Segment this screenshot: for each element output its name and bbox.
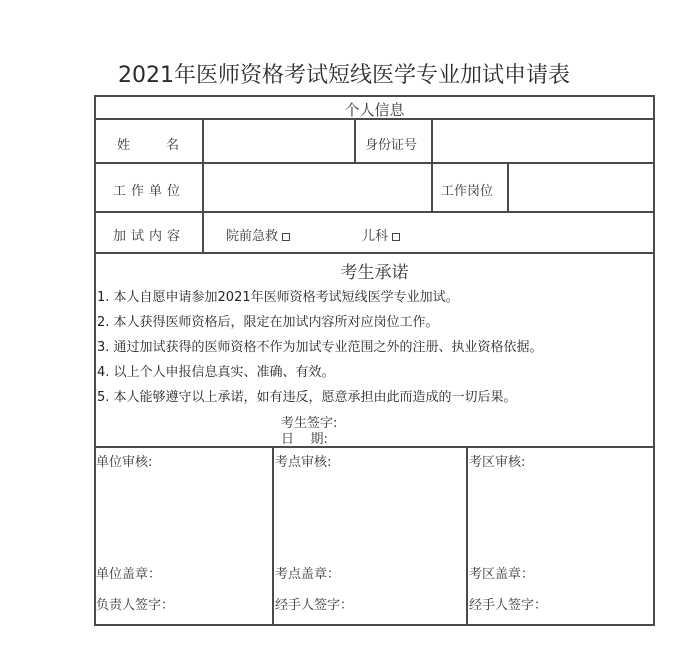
unit-review-label: 单位审核: xyxy=(96,451,152,470)
pledge-item: 3. 通过加试获得的医师资格不作为加试专业范围之外的注册、执业资格依据。 xyxy=(97,336,543,355)
exam-option-label: 儿科 xyxy=(362,229,388,244)
work-unit-label: 工作单位 xyxy=(113,180,185,199)
checkbox-icon[interactable] xyxy=(392,233,400,241)
table-border-bottom xyxy=(94,624,655,626)
exam-site-seal-label: 考点盖章： xyxy=(275,563,340,582)
pledge-item: 1. 本人自愿申请参加2021年医师资格考试短线医学专业加试。 xyxy=(97,286,459,305)
exam-district-review-label: 考区审核: xyxy=(469,451,525,470)
exam-district-handler-signature-label: 经手人签字： xyxy=(469,594,547,613)
name-field[interactable] xyxy=(204,120,354,162)
name-label-right: 名 xyxy=(166,134,179,153)
col-divider xyxy=(354,118,356,164)
table-border-right xyxy=(653,95,655,626)
col-divider xyxy=(466,446,468,626)
pledge-item: 4. 以上个人申报信息真实、准确、有效。 xyxy=(97,361,335,380)
col-divider xyxy=(272,446,274,626)
unit-responsible-signature-label: 负责人签字： xyxy=(96,594,174,613)
id-number-label: 身份证号 xyxy=(365,134,417,153)
exam-site-review-label: 考点审核: xyxy=(275,451,331,470)
exam-option-prehospital-emergency[interactable]: 院前急救 xyxy=(226,225,290,244)
pledge-header: 考生承诺 xyxy=(96,258,653,283)
table-border-top xyxy=(94,95,655,97)
checkbox-icon[interactable] xyxy=(282,233,290,241)
candidate-date-label: 日 期: xyxy=(281,428,328,447)
exam-district-seal-label: 考区盖章： xyxy=(469,563,534,582)
exam-option-pediatrics[interactable]: 儿科 xyxy=(362,225,400,244)
pledge-item: 5. 本人能够遵守以上承诺，如有违反，愿意承担由此而造成的一切后果。 xyxy=(97,386,517,405)
pledge-item: 2. 本人获得医师资格后，限定在加试内容所对应岗位工作。 xyxy=(97,311,439,330)
id-number-field[interactable] xyxy=(433,120,653,162)
exam-option-label: 院前急救 xyxy=(226,229,278,244)
row-divider xyxy=(94,211,655,213)
table-border-left xyxy=(94,95,96,626)
personal-info-header: 个人信息 xyxy=(96,99,653,120)
row-divider xyxy=(94,252,655,254)
work-post-label: 工作岗位 xyxy=(441,180,493,199)
exam-site-handler-signature-label: 经手人签字： xyxy=(275,594,353,613)
exam-content-label: 加试内容 xyxy=(113,225,185,244)
name-label-left: 姓 xyxy=(117,134,130,153)
row-divider xyxy=(94,446,655,448)
work-unit-field[interactable] xyxy=(204,164,431,211)
document-title: 2021年医师资格考试短线医学专业加试申请表 xyxy=(0,58,688,89)
unit-seal-label: 单位盖章： xyxy=(96,563,161,582)
work-post-field[interactable] xyxy=(509,164,653,211)
